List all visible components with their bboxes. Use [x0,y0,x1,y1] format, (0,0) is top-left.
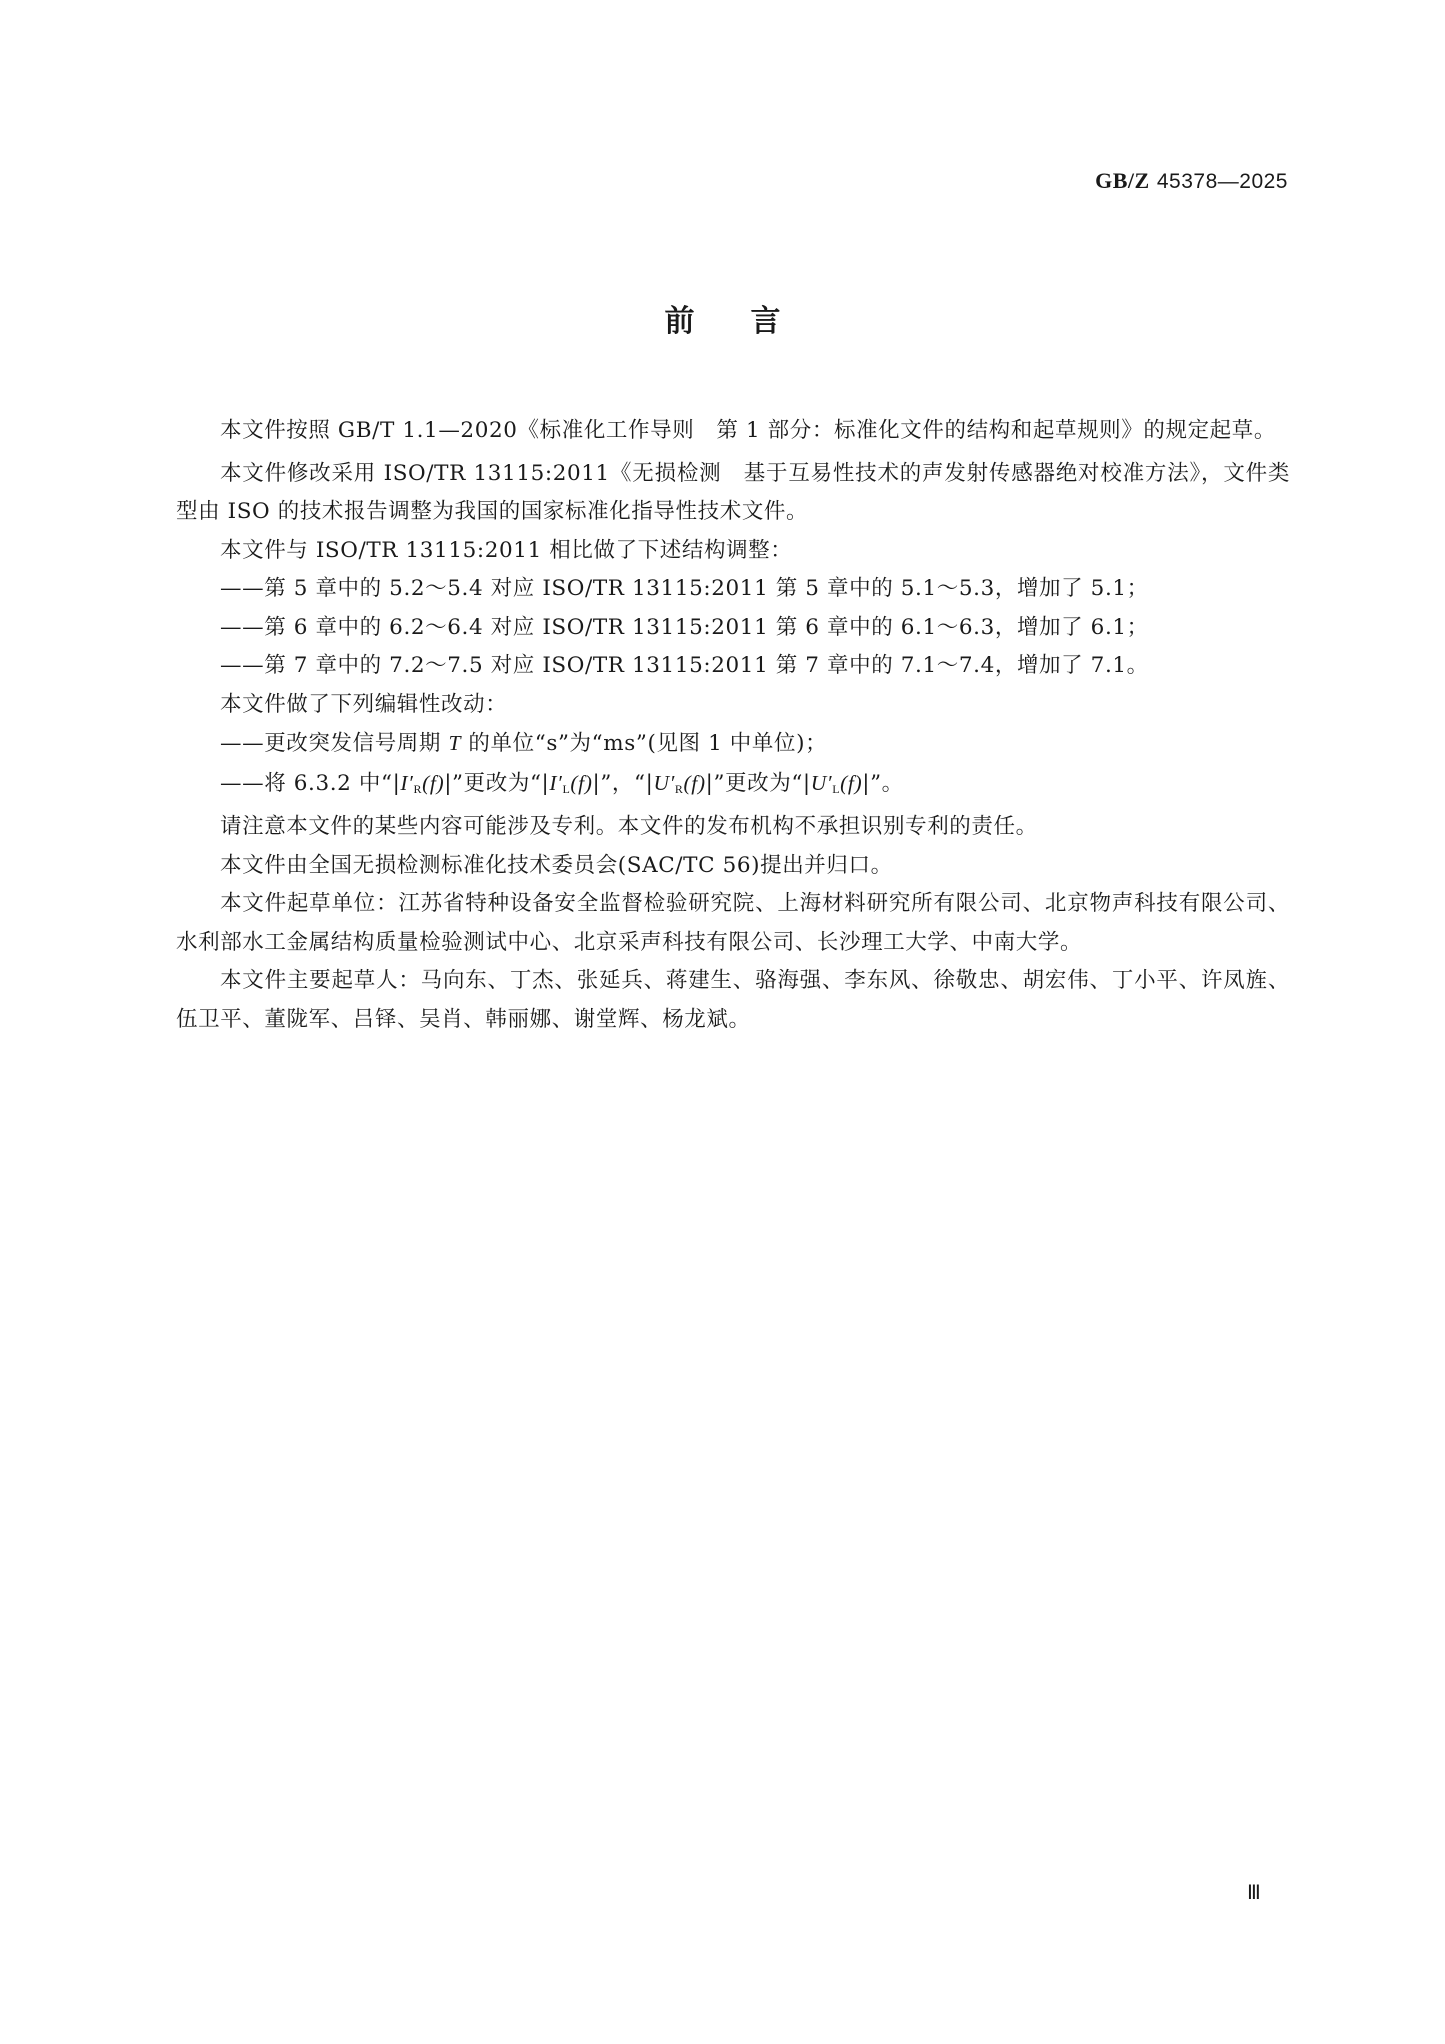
doc-code-number: 45378—2025 [1157,170,1288,193]
structure-change-item: ——第 7 章中的 7.2～7.5 对应 ISO/TR 13115:2011 第… [176,647,1290,686]
document-code: GB/Z 45378—2025 [1095,168,1288,194]
editorial-change-item: ——更改突发信号周期 T 的单位“s”为“ms”(见图 1 中单位)； [176,724,1290,764]
paragraph-patent: 请注意本文件的某些内容可能涉及专利。本文件的发布机构不承担识别专利的责任。 [176,808,1290,847]
symbol-I-prime-R: I′R(f) [400,771,444,795]
symbol-U-prime-R: U′R(f) [653,771,705,795]
foreword-body: 本文件按照 GB/T 1.1—2020《标准化工作导则 第 1 部分：标准化文件… [176,412,1290,1039]
page-number: Ⅲ [1247,1880,1260,1905]
symbol-T: T [448,731,461,755]
structure-change-item: ——第 5 章中的 5.2～5.4 对应 ISO/TR 13115:2011 第… [176,570,1290,609]
paragraph-editorial-intro: 本文件做了下列编辑性改动： [176,686,1290,725]
paragraph-adoption: 本文件修改采用 ISO/TR 13115:2011《无损检测 基于互易性技术的声… [176,455,1290,532]
editorial-change-item: ——将 6.3.2 中“|I′R(f)|”更改为“|I′L(f)|”，“|U′R… [176,764,1290,809]
paragraph-drafters: 本文件主要起草人：马向东、丁杰、张延兵、蒋建生、骆海强、李东风、徐敬忠、胡宏伟、… [176,962,1290,1039]
paragraph-basis: 本文件按照 GB/T 1.1—2020《标准化工作导则 第 1 部分：标准化文件… [176,412,1290,451]
paragraph-proposer: 本文件由全国无损检测标准化技术委员会(SAC/TC 56)提出并归口。 [176,847,1290,886]
paragraph-drafting-units: 本文件起草单位：江苏省特种设备安全监督检验研究院、上海材料研究所有限公司、北京物… [176,885,1290,962]
structure-change-item: ——第 6 章中的 6.2～6.4 对应 ISO/TR 13115:2011 第… [176,609,1290,648]
symbol-I-prime-L: I′L(f) [549,771,592,795]
page-title: 前言 [0,296,1445,340]
paragraph-structure-intro: 本文件与 ISO/TR 13115:2011 相比做了下述结构调整： [176,532,1290,571]
doc-code-prefix: GB/Z [1095,168,1150,193]
symbol-U-prime-L: U′L(f) [811,771,862,795]
